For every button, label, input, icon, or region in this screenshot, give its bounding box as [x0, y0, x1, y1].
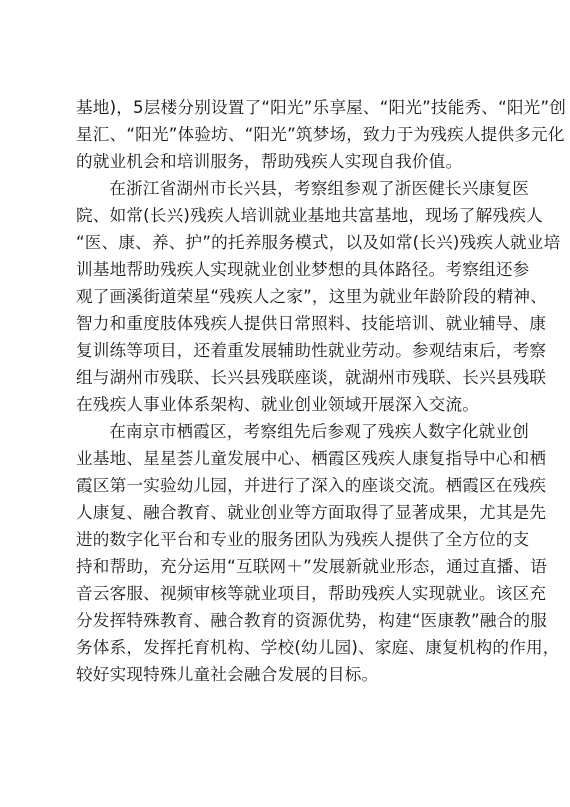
text-line: “医、康、养、护”的托养服务模式，以及如常(长兴)残疾人就业培: [76, 229, 498, 256]
text-line: 组与湖州市残联、长兴县残联座谈，就湖州市残联、长兴县残联: [76, 364, 498, 391]
text-line: 务体系，发挥托育机构、学校(幼儿园)、家庭、康复机构的作用，: [76, 634, 498, 661]
text-line: 人康复、融合教育、就业创业等方面取得了显著成果，尤其是先: [76, 499, 498, 526]
text-line: 业基地、星星荟儿童发展中心、栖霞区残疾人康复指导中心和栖: [76, 445, 498, 472]
text-line: 训基地帮助残疾人实现就业创业梦想的具体路径。考察组还参: [76, 256, 498, 283]
text-line: 基地)，5层楼分别设置了“阳光”乐享屋、“阳光”技能秀、“阳光”创: [76, 94, 498, 121]
text-line: 在浙江省湖州市长兴县，考察组参观了浙医健长兴康复医: [76, 175, 498, 202]
text-line: 复训练等项目，还着重发展辅助性就业劳动。参观结束后，考察: [76, 337, 498, 364]
text-line: 的就业机会和培训服务，帮助残疾人实现自我价值。: [76, 148, 498, 175]
text-line: 音云客服、视频审核等就业项目，帮助残疾人实现就业。该区充: [76, 580, 498, 607]
document-page: 基地)，5层楼分别设置了“阳光”乐享屋、“阳光”技能秀、“阳光”创 星汇、“阳光…: [76, 94, 498, 688]
text-line: 较好实现特殊儿童社会融合发展的目标。: [76, 661, 498, 688]
paragraph-huzhou-changxing: 在浙江省湖州市长兴县，考察组参观了浙医健长兴康复医 院、如常(长兴)残疾人培训就…: [76, 175, 498, 418]
text-line: 持和帮助，充分运用“互联网＋”发展新就业形态，通过直播、语: [76, 553, 498, 580]
text-line: 在南京市栖霞区，考察组先后参观了残疾人数字化就业创: [76, 418, 498, 445]
paragraph-sunshine-facilities: 基地)，5层楼分别设置了“阳光”乐享屋、“阳光”技能秀、“阳光”创 星汇、“阳光…: [76, 94, 498, 175]
text-line: 霞区第一实验幼儿园，并进行了深入的座谈交流。栖霞区在残疾: [76, 472, 498, 499]
text-line: 观了画溪街道荣星“残疾人之家”，这里为就业年龄阶段的精神、: [76, 283, 498, 310]
text-line: 智力和重度肢体残疾人提供日常照料、技能培训、就业辅导、康: [76, 310, 498, 337]
paragraph-nanjing-qixia: 在南京市栖霞区，考察组先后参观了残疾人数字化就业创 业基地、星星荟儿童发展中心、…: [76, 418, 498, 688]
text-line: 进的数字化平台和专业的服务团队为残疾人提供了全方位的支: [76, 526, 498, 553]
text-line: 在残疾人事业体系架构、就业创业领域开展深入交流。: [76, 391, 498, 418]
text-line: 分发挥特殊教育、融合教育的资源优势，构建“医康教”融合的服: [76, 607, 498, 634]
text-line: 星汇、“阳光”体验坊、“阳光”筑梦场，致力于为残疾人提供多元化: [76, 121, 498, 148]
text-line: 院、如常(长兴)残疾人培训就业基地共富基地，现场了解残疾人: [76, 202, 498, 229]
